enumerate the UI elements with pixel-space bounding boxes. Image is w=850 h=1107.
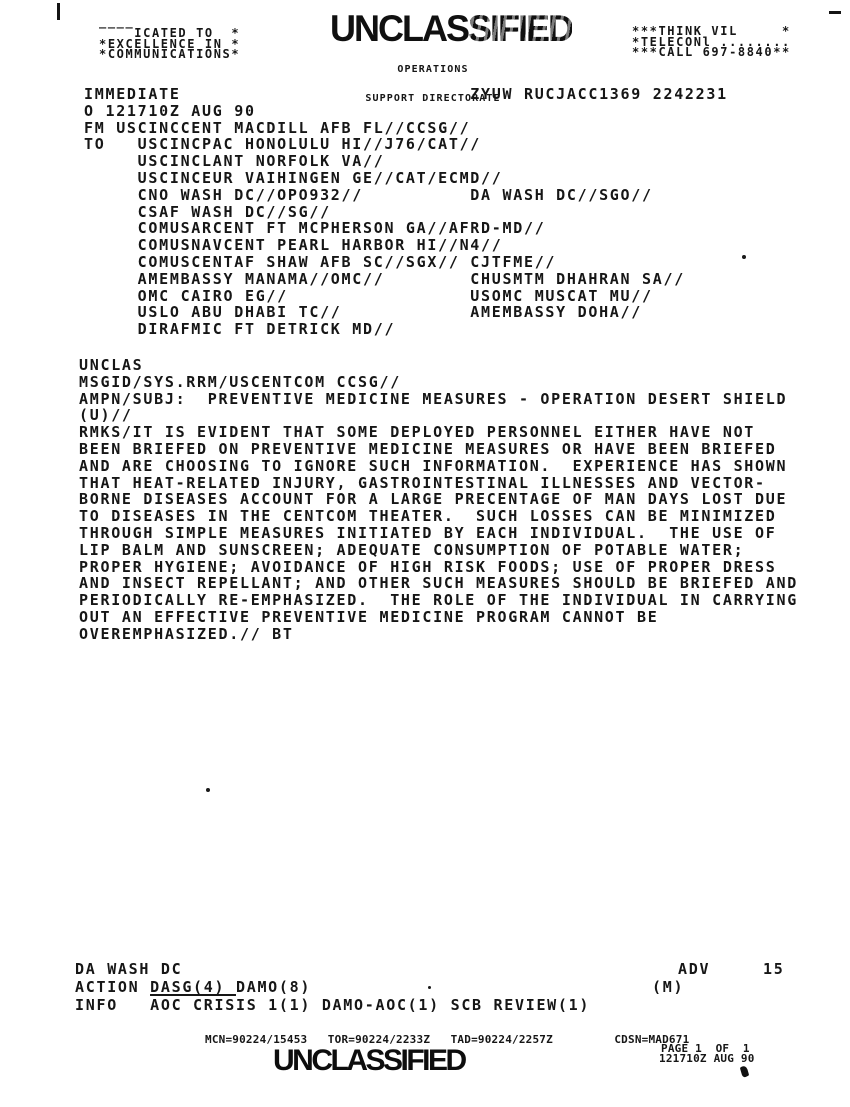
- message-body-line: OUT AN EFFECTIVE PREVENTIVE MEDICINE PRO…: [79, 609, 798, 626]
- message-body-line: BORNE DISEASES ACCOUNT FOR A LARGE PRECE…: [79, 491, 798, 508]
- date-time-group: 121710Z AUG 90: [659, 1052, 755, 1065]
- motto-stamp: ‾‾‾‾ICATED TO **EXCELLENCE IN **COMMUNIC…: [99, 7, 240, 60]
- message-body-line: AND ARE CHOOSING TO IGNORE SUCH INFORMAT…: [79, 458, 798, 475]
- scanned-message-page: { "page": { "background": "#ffffff", "in…: [0, 0, 850, 1107]
- message-header-block: IMMEDIATE ZYUW RUCJACC1369 2242231O 1217…: [84, 86, 728, 338]
- message-header-line: CSAF WASH DC//SG//: [84, 204, 728, 221]
- message-header-line: TO USCINCPAC HONOLULU HI//J76/CAT//: [84, 136, 728, 153]
- message-body-line: MSGID/SYS.RRM/USCENTCOM CCSG//: [79, 374, 798, 391]
- directorate-line1: OPERATIONS: [283, 65, 583, 75]
- classification-banner-top: UNCLASSIFIED: [330, 8, 572, 51]
- message-body-line: THAT HEAT-RELATED INJURY, GASTROINTESTIN…: [79, 475, 798, 492]
- message-body-line: AMPN/SUBJ: PREVENTIVE MEDICINE MEASURES …: [79, 391, 798, 408]
- scan-artifact-right-dash: [829, 11, 841, 14]
- message-body-line: AND INSECT REPELLANT; AND OTHER SUCH MEA…: [79, 575, 798, 592]
- message-header-line: USLO ABU DHABI TC// AMEMBASSY DOHA//: [84, 304, 728, 321]
- telecon-stamp-line: ***CALL 697-8840**: [632, 47, 791, 58]
- message-body-line: BEEN BRIEFED ON PREVENTIVE MEDICINE MEAS…: [79, 441, 798, 458]
- message-header-line: COMUSNAVCENT PEARL HARBOR HI//N4//: [84, 237, 728, 254]
- message-header-line: COMUSARCENT FT MCPHERSON GA//AFRD-MD//: [84, 220, 728, 237]
- message-body-line: UNCLAS: [79, 357, 798, 374]
- message-body-line: OVEREMPHASIZED.// BT: [79, 626, 798, 643]
- message-body-line: THROUGH SIMPLE MEASURES INITIATED BY EAC…: [79, 525, 798, 542]
- info-rest: IS 1(1) DAMO-AOC(1) SCB REVIEW(1): [236, 996, 590, 1014]
- scan-artifact-dot-middle: [206, 788, 210, 792]
- message-body-line: RMKS/IT IS EVIDENT THAT SOME DEPLOYED PE…: [79, 424, 798, 441]
- motto-stamp-line: *COMMUNICATIONS*: [99, 49, 240, 60]
- message-body-line: PROPER HYGIENE; AVOIDANCE OF HIGH RISK F…: [79, 559, 798, 576]
- classification-banner-bottom: UNCLASSIFIED: [273, 1044, 465, 1078]
- message-header-line: O 121710Z AUG 90: [84, 103, 728, 120]
- m-indicator: (M): [652, 978, 684, 996]
- message-body-line: (U)//: [79, 407, 798, 424]
- action-dasg: DASG(4): [150, 978, 225, 996]
- message-header-line: USCINCEUR VAIHINGEN GE//CAT/ECMD//: [84, 170, 728, 187]
- message-header-line: AMEMBASSY MANAMA//OMC// CHUSMTM DHAHRAN …: [84, 271, 728, 288]
- message-header-line: FM USCINCCENT MACDILL AFB FL//CCSG//: [84, 120, 728, 137]
- action-damo: DAMO(8): [225, 978, 311, 996]
- classification-banner-top-faded: SIFIED: [468, 8, 572, 50]
- adv-value: 15: [763, 960, 784, 978]
- message-header-line: USCINCLANT NORFOLK VA//: [84, 153, 728, 170]
- adv-label: ADV: [678, 960, 710, 978]
- message-body-line: PERIODICALLY RE-EMPHASIZED. THE ROLE OF …: [79, 592, 798, 609]
- message-body-line: LIP BALM AND SUNSCREEN; ADEQUATE CONSUMP…: [79, 542, 798, 559]
- message-header-line: DIRAFMIC FT DETRICK MD//: [84, 321, 728, 338]
- scan-artifact-left-tick: [57, 3, 60, 20]
- routing-line-action: ACTION DASG(4) DAMO(8): [75, 978, 795, 996]
- message-body-line: TO DISEASES IN THE CENTCOM THEATER. SUCH…: [79, 508, 798, 525]
- message-header-line: OMC CAIRO EG// USOMC MUSCAT MU//: [84, 288, 728, 305]
- scan-artifact-tickmark: [740, 1064, 749, 1078]
- message-body-block: UNCLASMSGID/SYS.RRM/USCENTCOM CCSG//AMPN…: [79, 357, 798, 643]
- telecon-stamp: ***THINK VIL **TELECONl ........***CALL …: [632, 5, 791, 58]
- info-label: INFO: [75, 996, 150, 1014]
- routing-block: DA WASH DC ACTION DASG(4) DAMO(8) INFO A…: [75, 960, 795, 1014]
- message-header-line: COMUSCENTAF SHAW AFB SC//SGX// CJTFME//: [84, 254, 728, 271]
- routing-line-info: INFO AOC CRISIS 1(1) DAMO-AOC(1) SCB REV…: [75, 996, 795, 1014]
- scan-artifact-dot-right: [742, 255, 746, 259]
- message-header-line: IMMEDIATE ZYUW RUCJACC1369 2242231: [84, 86, 728, 103]
- classification-banner-top-solid: UNCLAS: [330, 8, 468, 50]
- action-label: ACTION: [75, 978, 150, 996]
- info-aoc-overlined: AOC CRIS: [150, 996, 236, 1014]
- message-header-line: CNO WASH DC//OPO932// DA WASH DC//SGO//: [84, 187, 728, 204]
